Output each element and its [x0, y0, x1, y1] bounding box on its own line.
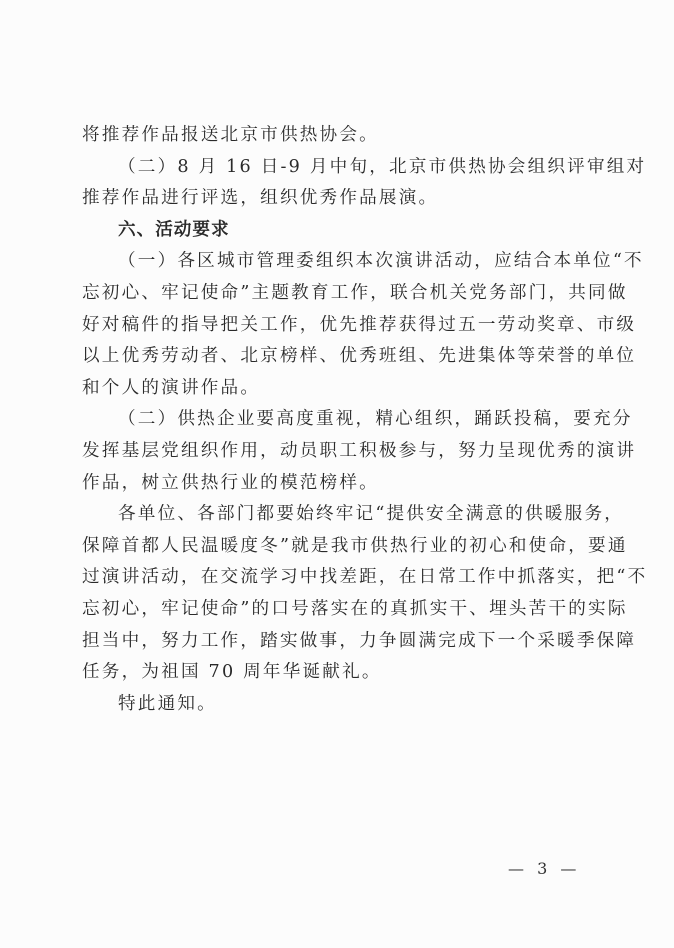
text-line-5: （一）各区城市管理委组织本次演讲活动，应结合本单位“不: [82, 246, 602, 278]
text-line-2: （二）8 月 16 日-9 月中旬，北京市供热协会组织评审组对: [82, 152, 602, 184]
text-line-9: 和个人的演讲作品。: [82, 373, 602, 405]
text-line-16: 忘初心，牢记使命”的口号落实在的真抓实干、埋头苦干的实际: [82, 594, 602, 626]
text-line-3: 推荐作品进行评选，组织优秀作品展演。: [82, 183, 602, 215]
closing-line: 特此通知。: [82, 689, 602, 721]
text-line-17: 担当中，努力工作，踏实做事，力争圆满完成下一个采暖季保障: [82, 626, 602, 658]
text-line-11: 发挥基层党组织作用，动员职工积极参与，努力呈现优秀的演讲: [82, 436, 602, 468]
text-line-6: 忘初心、牢记使命”主题教育工作，联合机关党务部门，共同做: [82, 278, 602, 310]
text-line-14: 保障首都人民温暖度冬”就是我市供热行业的初心和使命，要通: [82, 531, 602, 563]
text-line-10: （二）供热企业要高度重视，精心组织，踊跃投稿，要充分: [82, 404, 602, 436]
document-page: 将推荐作品报送北京市供热协会。 （二）8 月 16 日-9 月中旬，北京市供热协…: [0, 0, 674, 948]
text-line-12: 作品，树立供热行业的模范榜样。: [82, 468, 602, 500]
text-line-8: 以上优秀劳动者、北京榜样、优秀班组、先进集体等荣誉的单位: [82, 341, 602, 373]
text-line-18: 任务，为祖国 70 周年华诞献礼。: [82, 657, 602, 689]
section-heading-requirements: 六、活动要求: [82, 215, 602, 247]
page-number: — 3 —: [508, 859, 580, 878]
text-line-15: 过演讲活动，在交流学习中找差距，在日常工作中抓落实，把“不: [82, 562, 602, 594]
text-line-13: 各单位、各部门都要始终牢记“提供安全满意的供暖服务，: [82, 499, 602, 531]
document-body: 将推荐作品报送北京市供热协会。 （二）8 月 16 日-9 月中旬，北京市供热协…: [82, 120, 602, 720]
text-line-7: 好对稿件的指导把关工作，优先推荐获得过五一劳动奖章、市级: [82, 310, 602, 342]
text-line-1: 将推荐作品报送北京市供热协会。: [82, 120, 602, 152]
